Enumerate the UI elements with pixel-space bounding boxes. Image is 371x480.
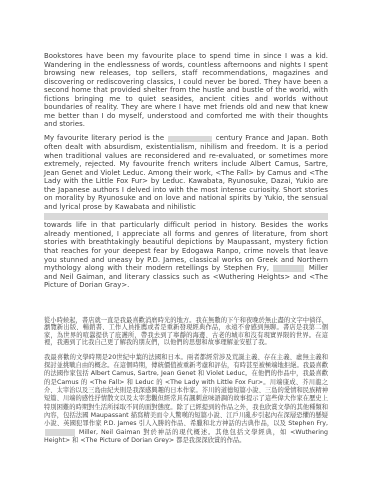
redaction-full-line-bar	[44, 213, 328, 220]
english-paragraph-1: Bookstores have been my favourite place …	[44, 52, 328, 129]
redaction-chinese-author-box	[45, 429, 75, 435]
english-p2-text-1: My favourite literary period is the	[44, 134, 167, 142]
english-p2-text-2: century France and Japan. Both often dea…	[44, 134, 328, 210]
document-page: Bookstores have been my favourite place …	[44, 52, 328, 445]
redaction-english-author-box	[273, 265, 304, 272]
redaction-century-box	[168, 136, 212, 143]
english-paragraph-2-part-1: My favourite literary period is the cent…	[44, 134, 328, 211]
english-paragraph-2: My favourite literary period is the cent…	[44, 134, 328, 289]
chinese-paragraph-1: 從小時候起，書店就一直是我最喜歡消磨時光的地方。我在無數的下午和夜晚於無止盡的文…	[44, 317, 328, 347]
english-paragraph-2-part-2: towards life in that particularly diffic…	[44, 221, 328, 289]
english-p2-text-3: towards life in that particularly diffic…	[44, 221, 328, 272]
chinese-translation-section: 從小時候起，書店就一直是我最喜歡消磨時光的地方。我在無數的下午和夜晚於無止盡的文…	[44, 317, 328, 445]
chinese-paragraph-2: 我最喜歡的文學時期是20世紀中葉的法國和日本。兩者都經常涉及荒誕主義、存在主義、…	[44, 354, 328, 445]
chinese-p2-text-2: Miller, Neil Gaiman 對於神話的現代概述。其他包括文學經典，如…	[44, 429, 328, 444]
chinese-p2-text-1: 我最喜歡的文學時期是20世紀中葉的法國和日本。兩者都經常涉及荒誕主義、存在主義、…	[44, 354, 328, 427]
